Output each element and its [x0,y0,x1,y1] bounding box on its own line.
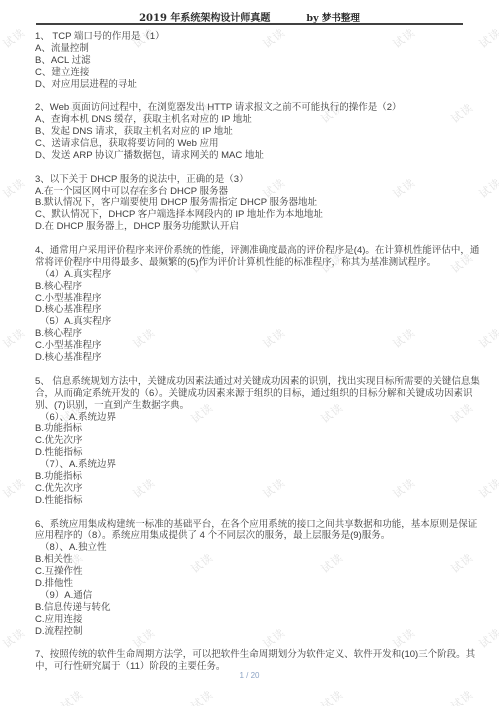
trial-watermark: 试读 [476,324,499,351]
question-line: 1、 TCP 端口号的作用是（1） [35,31,471,43]
trial-watermark: 试读 [476,474,499,501]
question-line: B.默认情况下，客户端要使用 DHCP 服务需指定 DHCP 服务器地址 [35,197,471,209]
question-line: C.优先次序 [35,435,471,447]
trial-watermark: 试读 [0,174,28,201]
document-byline: by 梦书整理 [306,10,359,24]
question-line: B.功能指标 [35,471,471,483]
trial-watermark: 试读 [476,174,499,201]
question-line: B.信息传递与转化 [35,602,471,614]
page-header: 2019 年系统架构设计师真题 by 梦书整理 [0,9,499,24]
question-line: 3、以下关于 DHCP 服务的说法中，正确的是（3） [35,174,471,186]
question-line: （9）A.通信 [35,590,471,602]
question-line: B.核心程序 [35,328,471,340]
question-line: C.优先次序 [35,483,471,495]
question-line: （5）A.真实程序 [35,316,471,328]
question-line: C、默认情况下，DHCP 客户端选择本网段内的 IP 地址作为本地地址 [35,209,471,221]
question-line: C.小型基准程序 [35,293,471,305]
question-block: 1、 TCP 端口号的作用是（1）A、流量控制B、ACL 过滤C、建立连接D、对… [35,31,471,90]
question-line: D.性能指标 [35,447,471,459]
question-line: D.排他性 [35,578,471,590]
trial-watermark: 试读 [58,686,87,706]
question-line: 6、系统应用集成构建统一标准的基础平台，在各个应用系统的接口之间共享数据和功能，… [35,519,471,531]
question-block: 3、以下关于 DHCP 服务的说法中，正确的是（3）A.在一个园区网中可以存在多… [35,174,471,233]
trial-watermark: 试读 [188,686,217,706]
question-line: D.在 DHCP 服务器上，DHCP 服务功能默认开启 [35,221,471,233]
question-line: D.流程控制 [35,626,471,638]
document-title: 2019 年系统架构设计师真题 [139,9,270,24]
trial-watermark: 试读 [0,324,28,351]
question-list: 1、 TCP 端口号的作用是（1）A、流量控制B、ACL 过滤C、建立连接D、对… [35,31,471,673]
question-line: A、查询本机 DNS 缓存，获取主机名对应的 IP 地址 [35,114,471,126]
page-footer: 1 / 20 [0,671,499,680]
question-block: 7、按照传统的软件生命周期方法学，可以把软件生命周期划分为软件定义、软件开发和(… [35,649,471,673]
question-block: 4、通常用户采用评价程序来评价系统的性能，评测准确度最高的评价程序是(4)。在计… [35,245,471,364]
document-page: 试读试读试读试读试读试读试读试读试读试读试读试读试读试读试读试读试读试读试读试读… [0,0,499,706]
question-line: D.核心基准程序 [35,352,471,364]
question-block: 2、Web 页面访问过程中，在浏览器发出 HTTP 请求报文之前不可能执行的操作… [35,102,471,161]
question-line: C.互操作性 [35,566,471,578]
question-line: A、流量控制 [35,43,471,55]
question-line: B、发起 DNS 请求，获取主机名对应的 IP 地址 [35,126,471,138]
question-line: D、发送 ARP 协议广播数据包，请求网关的 MAC 地址 [35,150,471,162]
trial-watermark: 试读 [0,624,28,651]
question-line: 应用程序的（8）。系统应用集成提供了 4 个不同层次的服务，最上层服务是(9)服… [35,530,471,542]
question-line: A.在一个园区网中可以存在多台 DHCP 服务器 [35,186,471,198]
trial-watermark: 试读 [0,24,28,51]
question-line: D.核心基准程序 [35,304,471,316]
question-block: 5、 信息系统规划方法中，关键成功因素法通过对关键成功因素的识别，找出实现目标所… [35,376,471,507]
question-line: B.核心程序 [35,281,471,293]
question-line: B、ACL 过滤 [35,55,471,67]
header-divider [36,23,463,25]
trial-watermark: 试读 [318,686,347,706]
trial-watermark: 试读 [0,474,28,501]
question-line: C.小型基准程序 [35,340,471,352]
question-line: C、送请求信息，获取将要访问的 Web 应用 [35,138,471,150]
trial-watermark: 试读 [448,686,477,706]
question-line: （6）、A.系统边界 [35,412,471,424]
question-line: 7、按照传统的软件生命周期方法学，可以把软件生命周期划分为软件定义、软件开发和(… [35,649,471,661]
question-line: B.功能指标 [35,423,471,435]
trial-watermark: 试读 [476,24,499,51]
question-line: 别、(7)识别，一直到产生数据字典。 [35,400,471,412]
question-line: C、建立连接 [35,67,471,79]
question-line: 合，从而确定系统开发的（6）。关键成功因素来源于组织的目标，通过组织的目标分解和… [35,388,471,400]
question-line: D.性能指标 [35,495,471,507]
question-line: （4）A.真实程序 [35,269,471,281]
trial-watermark: 试读 [476,624,499,651]
page-number: 1 / 20 [239,671,259,680]
question-line: B.相关性 [35,554,471,566]
question-line: 常将评价程序中用得最多、最频繁的(5)作为评价计算机性能的标准程序，称其为基准测… [35,257,471,269]
question-line: 5、 信息系统规划方法中，关键成功因素法通过对关键成功因素的识别，找出实现目标所… [35,376,471,388]
question-block: 6、系统应用集成构建统一标准的基础平台，在各个应用系统的接口之间共享数据和功能，… [35,519,471,638]
question-line: （7）、A.系统边界 [35,459,471,471]
question-line: （8）、A.独立性 [35,542,471,554]
question-line: C.应用连接 [35,614,471,626]
question-line: 4、通常用户采用评价程序来评价系统的性能，评测准确度最高的评价程序是(4)。在计… [35,245,471,257]
question-line: D、对应用层进程的寻址 [35,79,471,91]
question-line: 2、Web 页面访问过程中，在浏览器发出 HTTP 请求报文之前不可能执行的操作… [35,102,471,114]
